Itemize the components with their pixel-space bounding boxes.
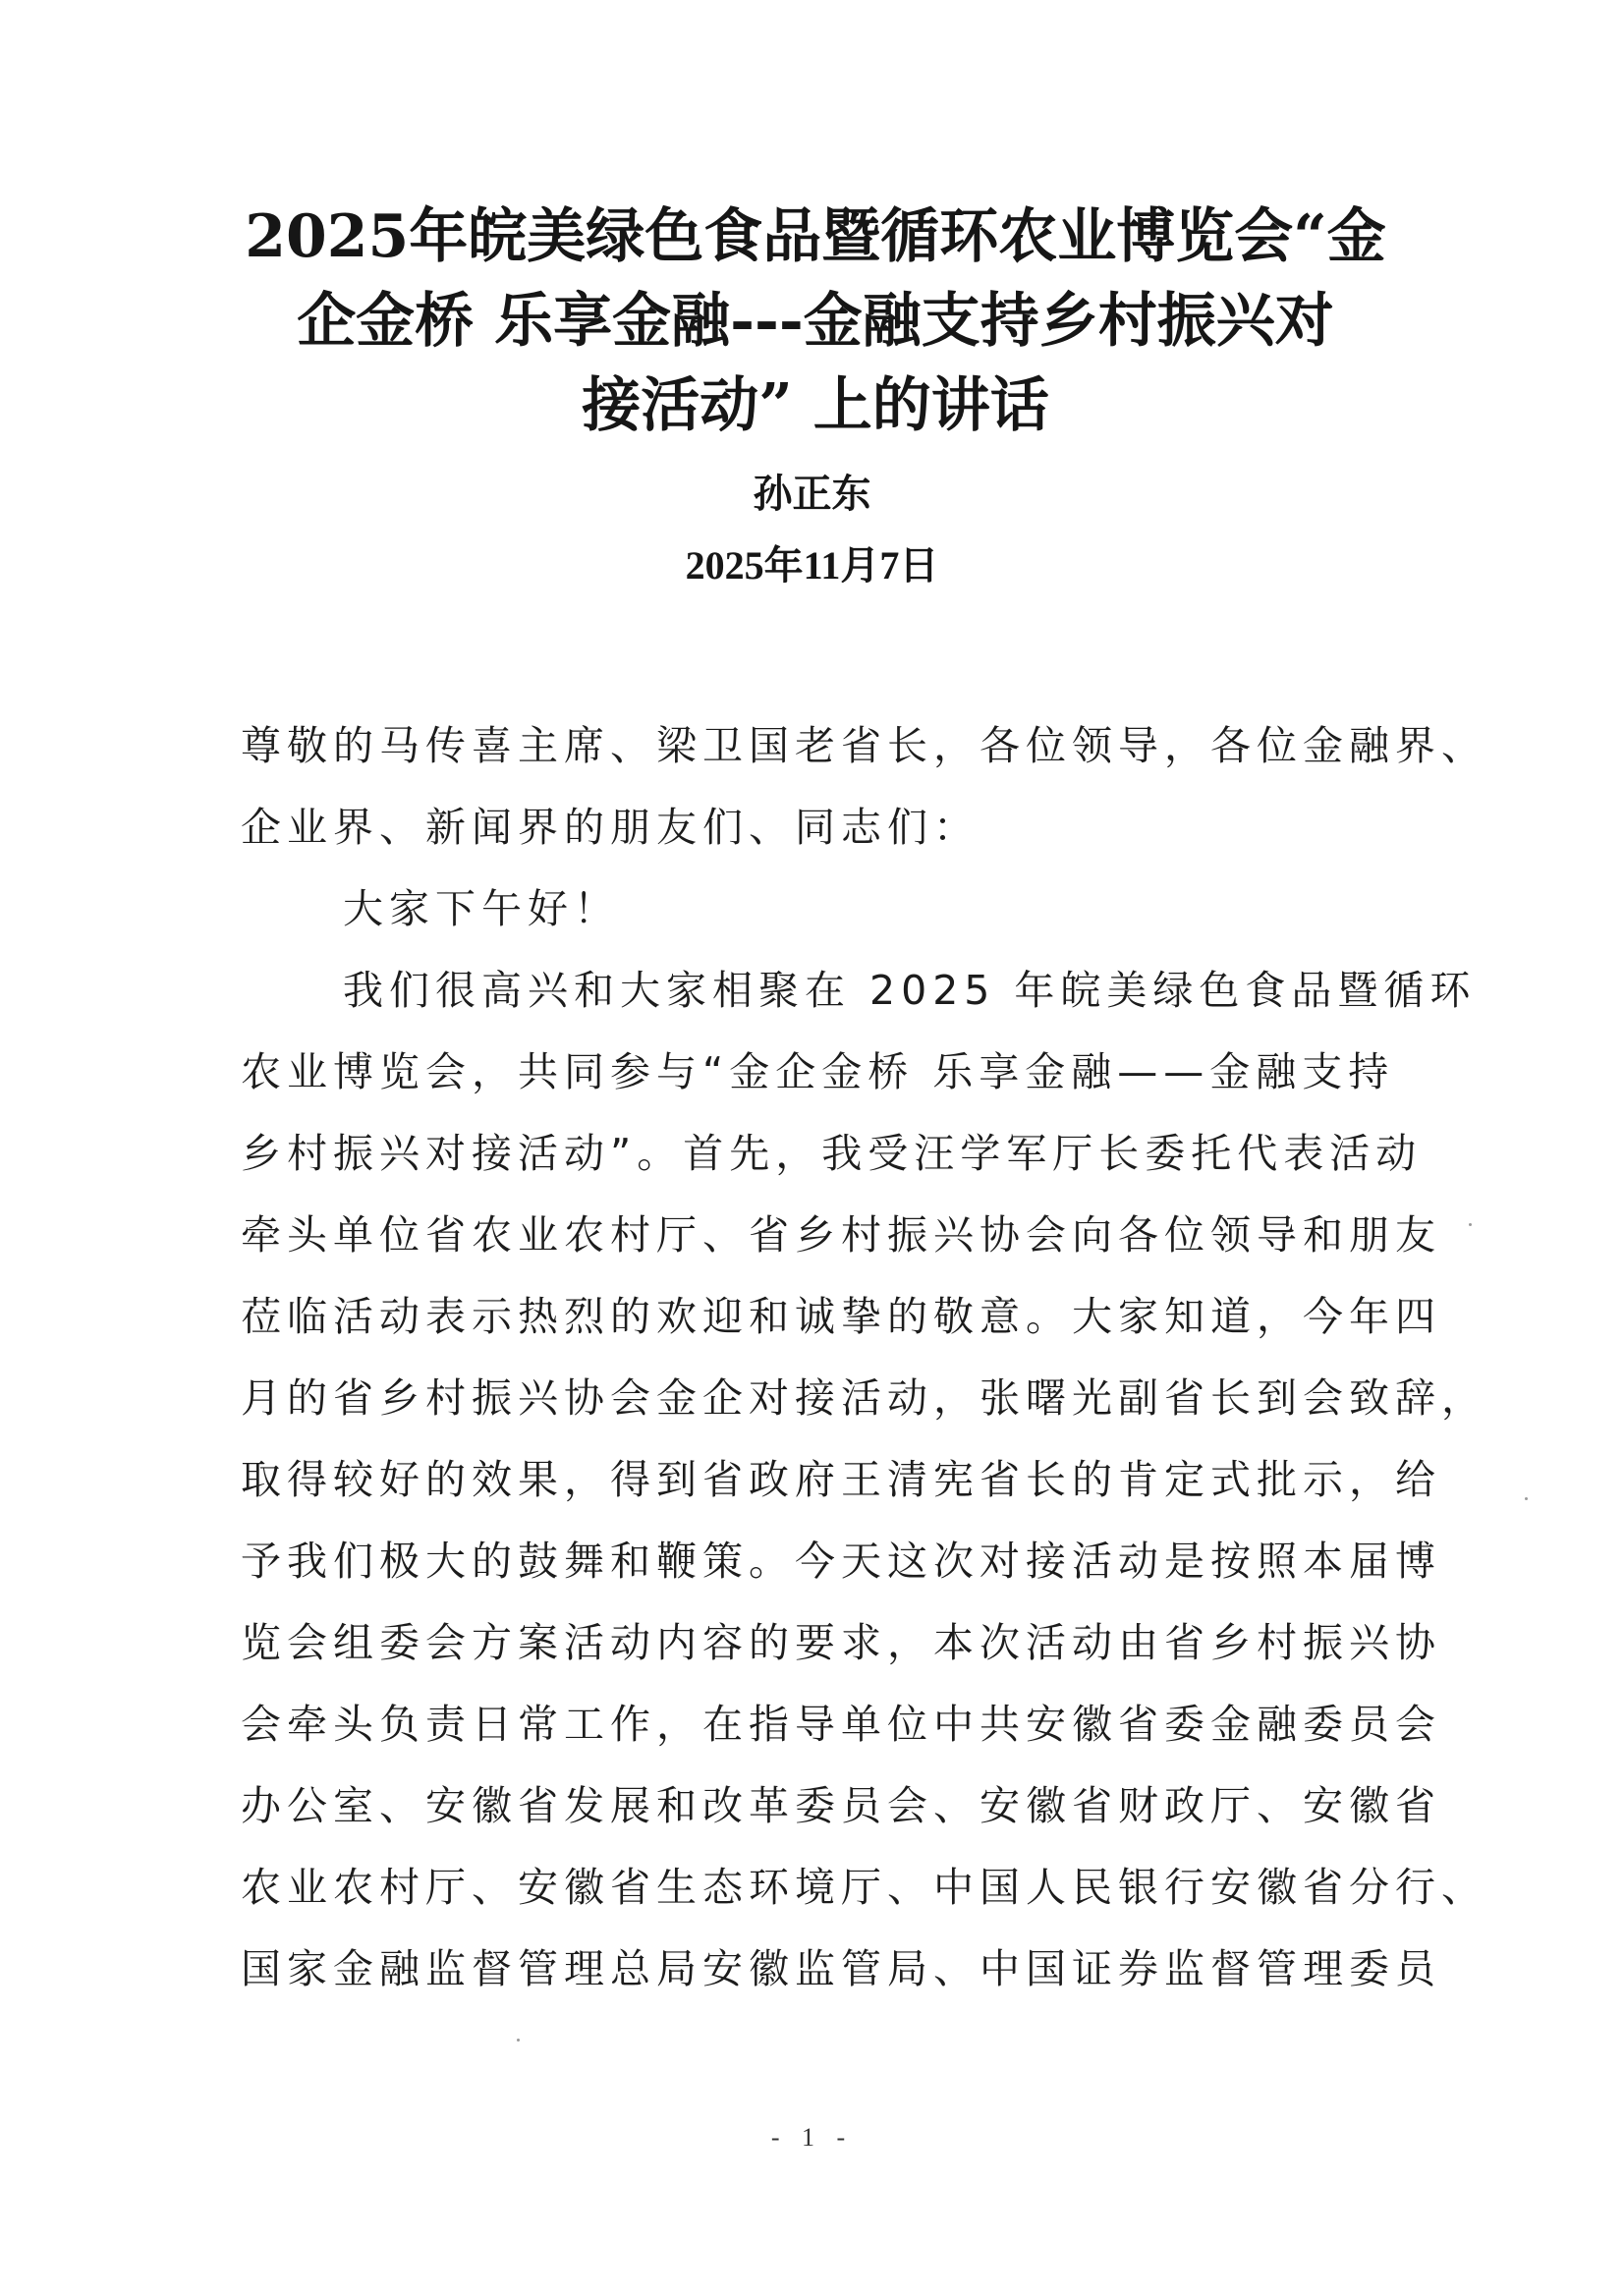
title-line: 接活动” 上的讲话 <box>216 364 1415 448</box>
body-line: 月的省乡村振兴协会金企对接活动，张曙光副省长到会致辞， <box>241 1358 1439 1439</box>
body-line: 我们很高兴和大家相聚在 2025 年皖美绿色食品暨循环 <box>241 950 1439 1032</box>
page-number: - 1 - <box>0 2120 1624 2155</box>
title-line: 企金桥 乐享金融---金融支持乡村振兴对 <box>216 279 1415 364</box>
body-line: 乡村振兴对接活动”。首先，我受汪学军厅长委托代表活动 <box>241 1113 1439 1195</box>
body-line: 大家下午好！ <box>241 868 1439 950</box>
document-page: 2025年皖美绿色食品暨循环农业博览会“金 企金桥 乐享金融---金融支持乡村振… <box>0 0 1624 2295</box>
body-line: 取得较好的效果，得到省政府王清宪省长的肯定式批示，给 <box>241 1439 1439 1521</box>
body-line: 予我们极大的鼓舞和鞭策。今天这次对接活动是按照本届博 <box>241 1521 1439 1602</box>
body-line: 牵头单位省农业农村厅、省乡村振兴协会向各位领导和朋友 <box>241 1195 1439 1276</box>
body-line: 农业农村厅、安徽省生态环境厅、中国人民银行安徽省分行、 <box>241 1847 1439 1929</box>
scan-artifact <box>1469 1223 1472 1226</box>
body-line: 览会组委会方案活动内容的要求，本次活动由省乡村振兴协 <box>241 1602 1439 1684</box>
body-line: 尊敬的马传喜主席、梁卫国老省长，各位领导，各位金融界、 <box>241 705 1439 787</box>
body-line: 国家金融监督管理总局安徽监管局、中国证券监督管理委员 <box>241 1929 1439 2010</box>
document-body: 尊敬的马传喜主席、梁卫国老省长，各位领导，各位金融界、企业界、新闻界的朋友们、同… <box>241 705 1439 2010</box>
body-line: 企业界、新闻界的朋友们、同志们： <box>241 787 1439 868</box>
document-author: 孙正东 <box>0 467 1624 522</box>
body-line: 办公室、安徽省发展和改革委员会、安徽省财政厅、安徽省 <box>241 1765 1439 1847</box>
body-line: 会牵头负责日常工作，在指导单位中共安徽省委金融委员会 <box>241 1684 1439 1765</box>
title-line: 2025年皖美绿色食品暨循环农业博览会“金 <box>216 195 1415 279</box>
body-line: 莅临活动表示热烈的欢迎和诚挚的敬意。大家知道，今年四 <box>241 1276 1439 1358</box>
document-title: 2025年皖美绿色食品暨循环农业博览会“金 企金桥 乐享金融---金融支持乡村振… <box>216 195 1415 448</box>
scan-artifact <box>1525 1497 1528 1500</box>
body-line: 农业博览会，共同参与“金企金桥 乐享金融——金融支持 <box>241 1032 1439 1113</box>
scan-artifact <box>517 2039 520 2042</box>
document-date: 2025年11月7日 <box>0 538 1624 593</box>
